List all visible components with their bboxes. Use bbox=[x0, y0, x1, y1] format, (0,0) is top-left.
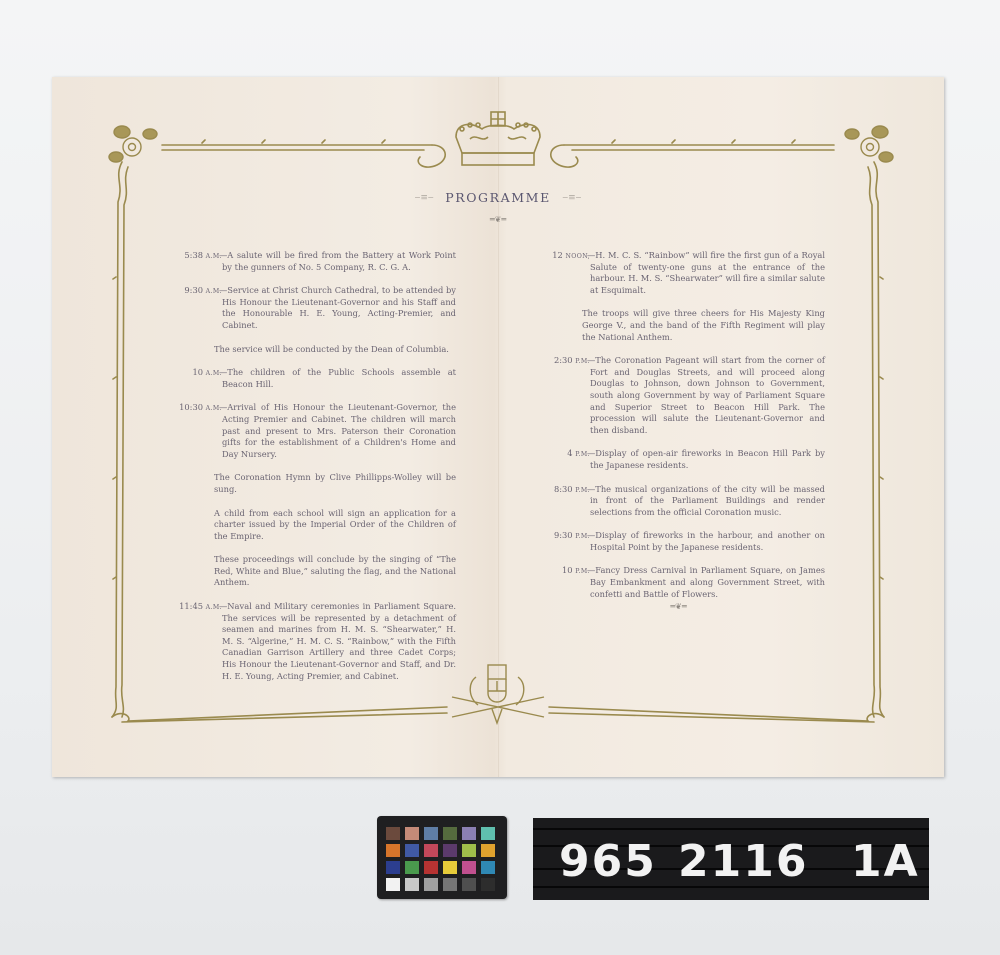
entry-time-value: 11:45 bbox=[179, 601, 203, 611]
entry-text: Fancy Dress Carnival in Parliament Squar… bbox=[590, 565, 825, 598]
entry-time: 10 P.M. bbox=[532, 565, 590, 578]
color-swatch bbox=[424, 878, 438, 891]
entry-time: 2:30 P.M. bbox=[532, 355, 590, 368]
programme-entry: 12 NOON,—H. M. C. S. “Rainbow” will fire… bbox=[532, 250, 825, 296]
color-swatch bbox=[386, 827, 400, 840]
end-divider-ornament: ═❦═ bbox=[532, 602, 825, 611]
programme-note: A child from each school will sign an ap… bbox=[214, 508, 456, 543]
color-swatch bbox=[481, 844, 495, 857]
entry-time-value: 8:30 bbox=[554, 484, 573, 494]
entry-text: Display of open-air fireworks in Beacon … bbox=[590, 448, 825, 470]
entry-period: A.M. bbox=[206, 288, 222, 295]
entry-period: A.M. bbox=[206, 405, 222, 412]
entry-period: P.M. bbox=[575, 451, 590, 458]
rose-corner-left bbox=[109, 126, 157, 162]
entry-text: The musical organizations of the city wi… bbox=[590, 484, 825, 517]
color-swatch bbox=[386, 861, 400, 874]
entry-time-value: 4 bbox=[567, 448, 572, 458]
color-swatch bbox=[481, 878, 495, 891]
entry-period: P.M. bbox=[575, 358, 590, 365]
left-page-programme: 5:38 A.M.—A salute will be fired from th… bbox=[164, 250, 456, 694]
programme-note: The service will be conducted by the Dea… bbox=[214, 344, 456, 356]
programme-entry: 10:30 A.M.—Arrival of His Honour the Lie… bbox=[164, 402, 456, 460]
color-swatch-grid bbox=[386, 827, 495, 891]
entry-text: Service at Christ Church Cathedral, to b… bbox=[222, 285, 456, 330]
title-text: PROGRAMME bbox=[445, 190, 551, 205]
accession-part-1: 965 bbox=[559, 832, 657, 892]
entry-period: A.M. bbox=[206, 253, 222, 260]
programme-note: These proceedings will conclude by the s… bbox=[214, 554, 456, 589]
programme-entry: 2:30 P.M.—The Coronation Pageant will st… bbox=[532, 355, 825, 436]
right-page-programme: 12 NOON,—H. M. C. S. “Rainbow” will fire… bbox=[532, 250, 825, 612]
programme-entry: 10 A.M.—The children of the Public Schoo… bbox=[164, 367, 456, 390]
color-swatch bbox=[481, 827, 495, 840]
entry-time-value: 10:30 bbox=[179, 402, 203, 412]
color-swatch bbox=[443, 844, 457, 857]
color-swatch bbox=[462, 878, 476, 891]
programme-title: ‒≡‒ PROGRAMME ‒≡‒ bbox=[52, 190, 944, 205]
entry-time-value: 2:30 bbox=[554, 355, 573, 365]
entry-time: 4 P.M. bbox=[532, 448, 590, 461]
color-swatch bbox=[443, 878, 457, 891]
entry-text: The Coronation Pageant will start from t… bbox=[590, 355, 825, 435]
entry-period: NOON, bbox=[565, 253, 590, 260]
entry-text: H. M. C. S. “Rainbow” will fire the firs… bbox=[590, 250, 825, 295]
entry-text: Naval and Military ceremonies in Parliam… bbox=[222, 601, 456, 681]
title-flourish-left: ‒≡‒ bbox=[415, 193, 434, 203]
entry-time: 9:30 P.M. bbox=[532, 530, 590, 543]
entry-time: 9:30 A.M. bbox=[164, 285, 222, 298]
color-swatch bbox=[424, 827, 438, 840]
entry-text: Arrival of His Honour the Lieutenant-Gov… bbox=[222, 402, 456, 458]
programme-entry: 9:30 A.M.—Service at Christ Church Cathe… bbox=[164, 285, 456, 331]
color-swatch bbox=[386, 878, 400, 891]
entry-period: A.M. bbox=[206, 370, 222, 377]
programme-note: The troops will give three cheers for Hi… bbox=[582, 308, 825, 343]
color-swatch bbox=[405, 844, 419, 857]
entry-time: 12 NOON, bbox=[532, 250, 590, 263]
entry-time-value: 9:30 bbox=[184, 285, 203, 295]
programme-note: The Coronation Hymn by Clive Phillipps-W… bbox=[214, 472, 456, 495]
color-checker-card bbox=[377, 816, 507, 899]
programme-entry: 10 P.M.—Fancy Dress Carnival in Parliame… bbox=[532, 565, 825, 600]
entry-time-value: 5:38 bbox=[184, 250, 203, 260]
programme-entry: 5:38 A.M.—A salute will be fired from th… bbox=[164, 250, 456, 273]
entry-time: 5:38 A.M. bbox=[164, 250, 222, 263]
entry-time: 8:30 P.M. bbox=[532, 484, 590, 497]
color-swatch bbox=[424, 861, 438, 874]
accession-label-bar: 965 2116 1A bbox=[533, 818, 929, 900]
entry-period: P.M. bbox=[575, 533, 590, 540]
entry-time: 11:45 A.M. bbox=[164, 601, 222, 614]
crown-ornament bbox=[456, 112, 540, 165]
rose-corner-right bbox=[845, 126, 893, 162]
title-flourish-right: ‒≡‒ bbox=[562, 193, 581, 203]
color-swatch bbox=[405, 861, 419, 874]
color-swatch bbox=[443, 827, 457, 840]
color-swatch bbox=[462, 827, 476, 840]
programme-entry: 9:30 P.M.—Display of fireworks in the ha… bbox=[532, 530, 825, 553]
color-swatch bbox=[405, 827, 419, 840]
color-swatch bbox=[462, 844, 476, 857]
color-swatch bbox=[405, 878, 419, 891]
entry-time-value: 10 bbox=[192, 367, 203, 377]
entry-period: P.M. bbox=[575, 568, 590, 575]
entry-text: Display of fireworks in the harbour, and… bbox=[590, 530, 825, 552]
crossed-swords-crest-ornament bbox=[452, 665, 544, 723]
entry-period: P.M. bbox=[575, 487, 590, 494]
entry-text: The children of the Public Schools assem… bbox=[222, 367, 456, 389]
accession-part-2: 2116 bbox=[678, 832, 808, 892]
title-divider-ornament: ═❦═ bbox=[52, 215, 944, 224]
entry-period: A.M. bbox=[206, 604, 222, 611]
color-swatch bbox=[462, 861, 476, 874]
programme-entry: 8:30 P.M.—The musical organizations of t… bbox=[532, 484, 825, 519]
entry-time-value: 9:30 bbox=[554, 530, 573, 540]
entry-time: 10 A.M. bbox=[164, 367, 222, 380]
color-swatch bbox=[386, 844, 400, 857]
entry-text: A salute will be fired from the Battery … bbox=[222, 250, 456, 272]
accession-part-3: 1A bbox=[851, 832, 920, 892]
color-swatch bbox=[424, 844, 438, 857]
entry-time: 10:30 A.M. bbox=[164, 402, 222, 415]
color-swatch bbox=[443, 861, 457, 874]
programme-entry: 4 P.M.—Display of open-air fireworks in … bbox=[532, 448, 825, 471]
programme-entry: 11:45 A.M.—Naval and Military ceremonies… bbox=[164, 601, 456, 682]
programme-document: ‒≡‒ PROGRAMME ‒≡‒ ═❦═ 5:38 A.M.—A salute… bbox=[52, 77, 944, 777]
entry-time-value: 10 bbox=[562, 565, 573, 575]
entry-time-value: 12 bbox=[552, 250, 563, 260]
color-swatch bbox=[481, 861, 495, 874]
